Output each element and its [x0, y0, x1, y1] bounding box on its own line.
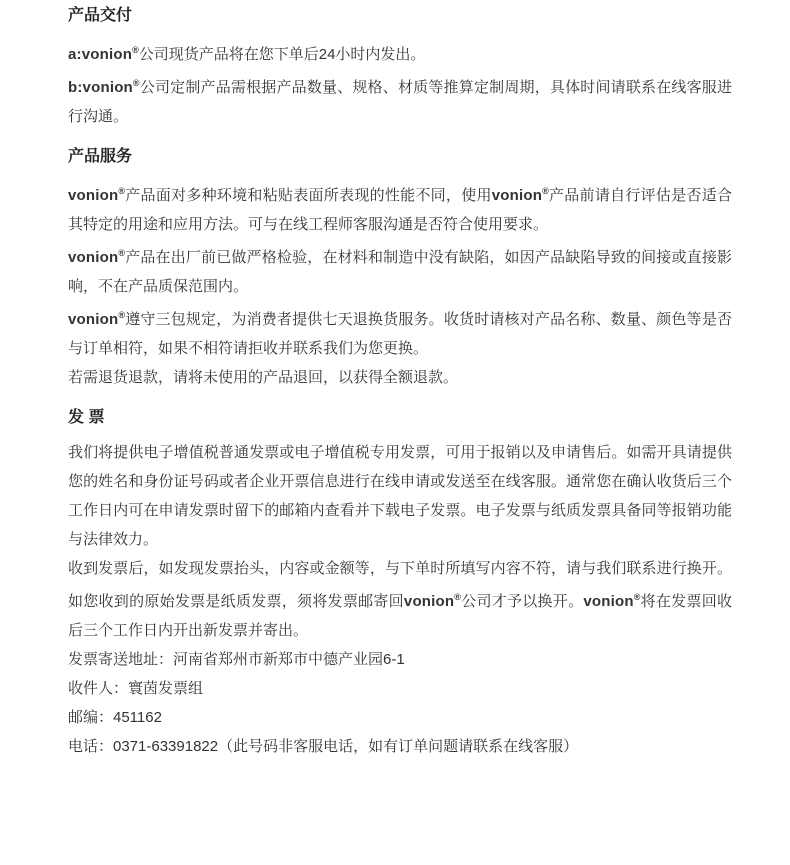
- brand-name: a:vonion: [68, 46, 132, 63]
- phone-number-text: 电话：0371-63391822（此号码非客服电话，如有订单问题请联系在线客服）: [68, 738, 578, 755]
- postal-code-text: 邮编：451162: [68, 709, 162, 726]
- invoice-mailing-address: 发票寄送地址：河南省郑州市新郑市中德产业园6-1: [68, 645, 732, 674]
- invoice-para-issuance: 我们将提供电子增值税普通发票或电子增值税专用发票，可用于报销以及申请售后。如需开…: [68, 438, 732, 554]
- invoice-para-issuance-text: 我们将提供电子增值税普通发票或电子增值税专用发票，可用于报销以及申请售后。如需开…: [68, 444, 732, 548]
- brand-name: vonion: [583, 593, 633, 610]
- registered-trademark-symbol: ®: [454, 592, 461, 602]
- brand-name: vonion: [68, 311, 118, 328]
- invoice-recipient-text: 收件人：寰茵发票组: [68, 680, 203, 697]
- product-info-page: 产品交付 a:vonion®公司现货产品将在您下单后24小时内发出。 b:von…: [68, 0, 732, 761]
- section-product-service: 产品服务 vonion®产品面对多种环境和粘贴表面所表现的性能不同，使用voni…: [68, 147, 732, 392]
- service-para-evaluation: vonion®产品面对多种环境和粘贴表面所表现的性能不同，使用vonion®产品…: [68, 177, 732, 239]
- registered-trademark-symbol: ®: [132, 45, 139, 55]
- section-heading-product-service: 产品服务: [68, 147, 732, 167]
- brand-name: vonion: [492, 187, 542, 204]
- delivery-item-b: b:vonion®公司定制产品需根据产品数量、规格、材质等推算定制周期，具体时间…: [68, 69, 732, 131]
- service-para-evaluation-text: 产品面对多种环境和粘贴表面所表现的性能不同，使用: [125, 187, 492, 204]
- brand-name: vonion: [68, 187, 118, 204]
- invoice-recipient: 收件人：寰茵发票组: [68, 674, 732, 703]
- service-para-return-policy: vonion®遵守三包规定，为消费者提供七天退换货服务。收货时请核对产品名称、数…: [68, 301, 732, 363]
- service-para-refund-text: 若需退货退款，请将未使用的产品退回，以获得全额退款。: [68, 369, 458, 386]
- brand-name: vonion: [68, 249, 118, 266]
- section-heading-invoice: 发 票: [68, 408, 732, 428]
- registered-trademark-symbol: ®: [133, 78, 140, 88]
- section-heading-product-delivery: 产品交付: [68, 6, 732, 26]
- invoice-para-exchange: 收到发票后，如发现发票抬头，内容或金额等，与下单时所填写内容不符，请与我们联系进…: [68, 554, 732, 645]
- invoice-mailing-address-text: 发票寄送地址：河南省郑州市新郑市中德产业园6-1: [68, 651, 405, 668]
- brand-name: b:vonion: [68, 79, 133, 96]
- service-para-refund: 若需退货退款，请将未使用的产品退回，以获得全额退款。: [68, 363, 732, 392]
- invoice-para-exchange-text-2: 公司才予以换开。: [461, 593, 583, 610]
- service-para-quality: vonion®产品在出厂前已做严格检验，在材料和制造中没有缺陷，如因产品缺陷导致…: [68, 239, 732, 301]
- section-invoice: 发 票 我们将提供电子增值税普通发票或电子增值税专用发票，可用于报销以及申请售后…: [68, 408, 732, 761]
- registered-trademark-symbol: ®: [542, 186, 549, 196]
- service-para-return-policy-text: 遵守三包规定，为消费者提供七天退换货服务。收货时请核对产品名称、数量、颜色等是否…: [68, 311, 732, 357]
- delivery-item-a: a:vonion®公司现货产品将在您下单后24小时内发出。: [68, 36, 732, 69]
- phone-number: 电话：0371-63391822（此号码非客服电话，如有订单问题请联系在线客服）: [68, 732, 732, 761]
- section-product-delivery: 产品交付 a:vonion®公司现货产品将在您下单后24小时内发出。 b:von…: [68, 6, 732, 131]
- delivery-item-a-text: 公司现货产品将在您下单后24小时内发出。: [139, 46, 426, 63]
- service-para-quality-text: 产品在出厂前已做严格检验，在材料和制造中没有缺陷，如因产品缺陷导致的间接或直接影…: [68, 249, 732, 295]
- postal-code: 邮编：451162: [68, 703, 732, 732]
- brand-name: vonion: [404, 593, 454, 610]
- delivery-item-b-text: 公司定制产品需根据产品数量、规格、材质等推算定制周期，具体时间请联系在线客服进行…: [68, 79, 732, 125]
